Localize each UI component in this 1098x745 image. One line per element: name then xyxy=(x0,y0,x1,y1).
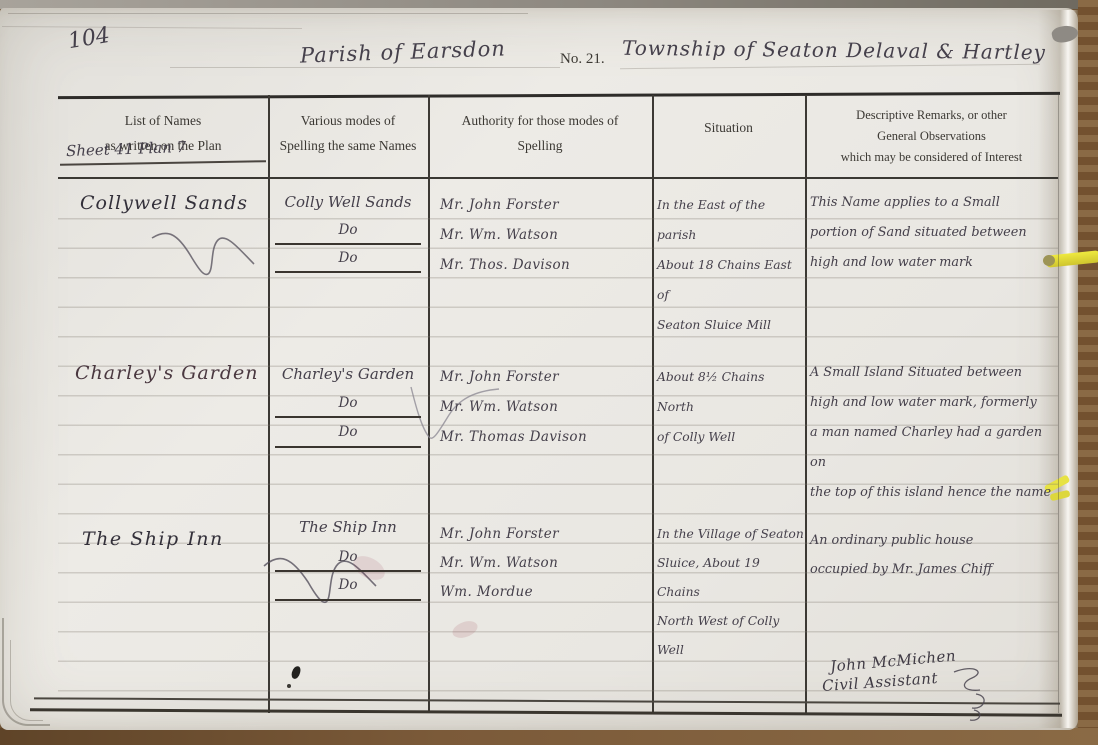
entry-1-remarks: This Name applies to a Small portion of … xyxy=(810,188,1058,278)
entry-1-spellings: Colly Well Sands Do Do xyxy=(272,188,424,273)
desk-surface xyxy=(0,728,1098,745)
entry-2-name: Charley's Garden xyxy=(75,362,258,384)
scanned-name-book-page: 104 Parish of Earsdon No. 21. Township o… xyxy=(0,0,1098,745)
entry-1-situation-3: Seaton Sluice Mill xyxy=(657,310,805,340)
entry-3-spelling-3: Do xyxy=(275,572,421,601)
column-header-spelling-line1: Various modes of xyxy=(268,108,428,133)
entry-1-spelling-2: Do xyxy=(275,218,421,245)
entry-1-situation-2: About 18 Chains East of xyxy=(657,250,805,310)
entry-1-name: Collywell Sands xyxy=(80,192,248,214)
entry-2-situation-1: About 8½ Chains North xyxy=(657,362,805,422)
column-header-remarks-line2: General Observations xyxy=(805,126,1058,147)
entry-2-spelling-2: Do xyxy=(275,390,421,418)
entry-3-situation-3: North West of Colly Well xyxy=(657,607,805,665)
entry-1-authority-1: Mr. John Forster xyxy=(440,190,654,220)
table-right-border xyxy=(1058,95,1059,713)
entry-1-remark-1: This Name applies to a Small xyxy=(810,188,1058,218)
entry-2-situation-2: of Colly Well xyxy=(657,422,805,452)
entry-2-remark-4: the top of this island hence the name xyxy=(810,478,1058,508)
entry-2-spelling-3: Do xyxy=(275,418,421,448)
surveyor-tick-mark xyxy=(148,224,268,279)
column-header-authority-line1: Authority for those modes of xyxy=(428,108,652,133)
entry-1-situation: In the East of the parish About 18 Chain… xyxy=(657,190,805,340)
entry-3-spelling-2: Do xyxy=(275,544,421,572)
column-header-remarks: Descriptive Remarks, or other General Ob… xyxy=(805,105,1058,168)
column-header-spelling-line2: Spelling the same Names xyxy=(268,133,428,158)
column-header-names-line1: List of Names xyxy=(58,108,268,133)
header-rule xyxy=(170,67,560,68)
entry-3-spellings: The Ship Inn Do Do xyxy=(272,512,424,601)
entry-2-remark-3: a man named Charley had a garden on xyxy=(810,418,1058,478)
column-header-situation: Situation xyxy=(652,120,805,136)
ink-speck xyxy=(287,684,291,688)
entry-3-remarks: An ordinary public house occupied by Mr.… xyxy=(810,526,1058,584)
entry-3-authority-1: Mr. John Forster xyxy=(440,520,654,549)
column-header-authority: Authority for those modes of Spelling xyxy=(428,108,652,158)
survey-number: No. 21. xyxy=(560,51,605,68)
entry-2-authority-1: Mr. John Forster xyxy=(440,362,654,392)
entry-2-remark-1: A Small Island Situated between xyxy=(810,358,1058,388)
column-header-situation-line1: Situation xyxy=(652,120,805,136)
entry-3-remark-2: occupied by Mr. James Chiff xyxy=(810,555,1058,584)
entry-2-remarks: A Small Island Situated between high and… xyxy=(810,358,1058,508)
entry-1-situation-1: In the East of the parish xyxy=(657,190,805,250)
entry-2-situation: About 8½ Chains North of Colly Well xyxy=(657,362,805,452)
entry-3-situation-1: In the Village of Seaton xyxy=(657,520,805,549)
entry-3-name: The Ship Inn xyxy=(82,528,224,550)
entry-3-remark-1: An ordinary public house xyxy=(810,526,1058,555)
column-header-remarks-line3: which may be considered of Interest xyxy=(805,147,1058,168)
entry-3-authority-3: Wm. Mordue xyxy=(440,578,654,607)
entry-3-situation-2: Sluice, About 19 Chains xyxy=(657,549,805,607)
entry-2-spellings: Charley's Garden Do Do xyxy=(272,360,424,448)
entry-3-authority-2: Mr. Wm. Watson xyxy=(440,549,654,578)
page-stack-line xyxy=(8,13,528,14)
entry-3-authorities: Mr. John Forster Mr. Wm. Watson Wm. Mord… xyxy=(440,520,654,607)
entry-1-remark-2: portion of Sand situated between xyxy=(810,218,1058,248)
entry-2-remark-2: high and low water mark, formerly xyxy=(810,388,1058,418)
signature-flourish xyxy=(948,664,998,726)
entry-2-spelling-1: Charley's Garden xyxy=(272,360,424,390)
column-header-remarks-line1: Descriptive Remarks, or other xyxy=(805,105,1058,126)
entry-1-spelling-3: Do xyxy=(275,245,421,273)
entry-2-authority-2: Mr. Wm. Watson xyxy=(440,392,654,422)
entry-1-authority-2: Mr. Wm. Watson xyxy=(440,220,654,250)
column-header-authority-line2: Spelling xyxy=(428,133,652,158)
entry-1-authority-3: Mr. Thos. Davison xyxy=(440,250,654,280)
entry-3-situation: In the Village of Seaton Sluice, About 1… xyxy=(657,520,805,665)
entry-2-authorities: Mr. John Forster Mr. Wm. Watson Mr. Thom… xyxy=(440,362,654,452)
entry-3-spelling-1: The Ship Inn xyxy=(272,512,424,544)
entry-1-remark-3: high and low water mark xyxy=(810,248,1058,278)
book-spine-edge xyxy=(1078,0,1098,745)
entry-2-authority-3: Mr. Thomas Davison xyxy=(440,422,654,452)
column-header-spelling: Various modes of Spelling the same Names xyxy=(268,108,428,158)
entry-1-spelling-1: Colly Well Sands xyxy=(272,188,424,218)
entry-1-authorities: Mr. John Forster Mr. Wm. Watson Mr. Thos… xyxy=(440,190,654,280)
header-separator xyxy=(58,177,1058,179)
township-title: Township of Seaton Delaval & Hartley xyxy=(622,36,1046,64)
